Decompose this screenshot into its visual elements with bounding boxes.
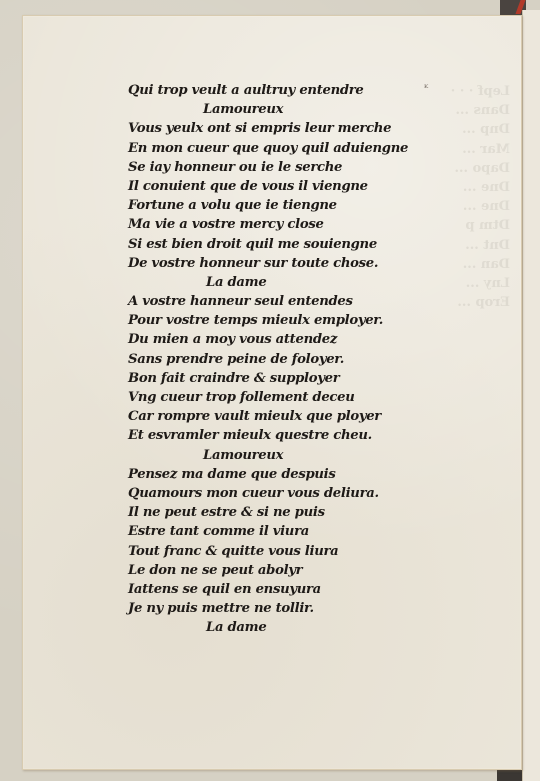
verse-line: Iattens se quil en ensuyura	[128, 580, 428, 599]
verse-line: Du mien a moy vous attendez	[128, 330, 428, 349]
verse-line: Tout franc & quitte vous liura	[128, 542, 428, 561]
verse-line: Je ny puis mettre ne tollir.	[128, 599, 428, 618]
verse-line: De vostre honneur sur toute chose.	[128, 254, 428, 273]
verse-line: Bon fait craindre & supployer	[128, 369, 428, 388]
verse-line: Quamours mon cueur vous deliura.	[128, 484, 428, 503]
verse-line: Se iay honneur ou ie le serche	[128, 158, 428, 177]
verse-line: Pensez ma dame que despuis	[128, 465, 428, 484]
verse-line: Il ne peut estre & si ne puis	[128, 503, 428, 522]
speaker-heading: La dame	[128, 273, 428, 292]
verse-line: Ma vie a vostre mercy close	[128, 215, 428, 234]
verse-line: Le don ne se peut abolyr	[128, 561, 428, 580]
verse-line: Vng cueur trop follement deceu	[128, 388, 428, 407]
verse-line: Vous yeulx ont si empris leur merche	[128, 119, 428, 138]
verse-line: Sans prendre peine de foloyer.	[128, 350, 428, 369]
verse-line: A vostre hanneur seul entendes	[128, 292, 428, 311]
verse-line: Il conuient que de vous il viengne	[128, 177, 428, 196]
verse-line: Car rompre vault mieulx que ployer	[128, 407, 428, 426]
verse-line: Qui trop veult a aultruy entendre	[128, 81, 428, 100]
speaker-heading: La dame	[128, 618, 428, 637]
verse-line: Et esvramler mieulx questre cheu.	[128, 426, 428, 445]
speaker-heading: Lamoureux	[128, 100, 428, 119]
verse-line: En mon cueur que quoy quil aduiengne	[128, 139, 428, 158]
verse-line: Fortune a volu que ie tiengne	[128, 196, 428, 215]
verse-text: Qui trop veult a aultruy entendre Lamour…	[128, 81, 428, 637]
verse-line: Pour vostre temps mieulx employer.	[128, 311, 428, 330]
verse-line: Si est bien droit quil me souiengne	[128, 235, 428, 254]
adjacent-page-edge	[522, 10, 540, 781]
verse-line: Estre tant comme il viura	[128, 522, 428, 541]
speaker-heading: Lamoureux	[128, 446, 428, 465]
